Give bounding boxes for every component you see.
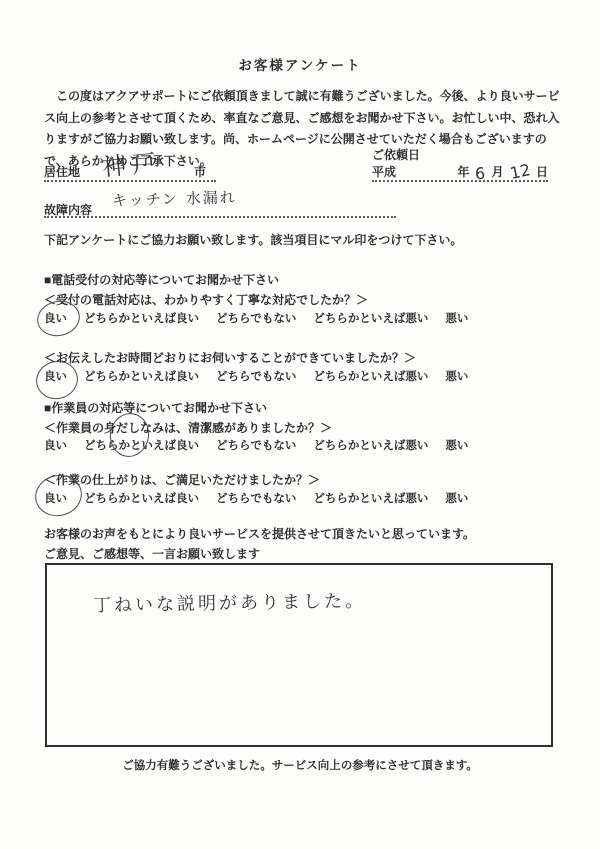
option-rather-bad: どちらかといえば悪い [313, 437, 428, 453]
request-date-field: ご依頼日 平成 年 6 月 12 日 [372, 164, 548, 182]
option-rather-bad: どちらかといえば悪い [313, 310, 428, 326]
scanned-survey-sheet: お客様アンケート この度はアクアサポートにご依頼頂きまして誠に有難うございました… [0, 0, 600, 849]
request-date-label: ご依頼日 平成 [372, 146, 431, 180]
residence-handwritten-value: 神戸 [101, 142, 164, 182]
option-rather-bad: どちらかといえば悪い [313, 490, 428, 506]
question-1-options: 良い どちらかといえば良い どちらでもない どちらかといえば悪い 悪い [44, 310, 468, 326]
option-rather-good: どちらかといえば良い [84, 368, 199, 384]
free-comment-box: 丁ねいな説明がありました。 [45, 563, 553, 747]
day-suffix: 日 [536, 163, 548, 180]
option-rather-good: どちらかといえば良い [84, 490, 199, 506]
month-handwritten-value: 6 [475, 164, 486, 184]
month-suffix: 月 [492, 163, 504, 180]
question-4-prompt: ＜作業の仕上がりは、ご満足いただけましたか？＞ [44, 471, 320, 488]
question-4-options: 良い どちらかといえば良い どちらでもない どちらかといえば悪い 悪い [44, 490, 468, 506]
option-neutral: どちらでもない [216, 490, 296, 506]
section-phone-heading: ■電話受付の対応等についてお聞かせ下さい [44, 271, 279, 288]
year-suffix: 年 [457, 163, 469, 180]
issue-handwritten-value: キッチン 水漏れ [112, 186, 237, 210]
question-2-prompt: ＜お伝えしたお時間どおりにお伺いすることができていましたか？＞ [44, 349, 416, 366]
page-title: お客様アンケート [0, 54, 600, 74]
option-bad: 悪い [445, 437, 468, 453]
option-neutral: どちらでもない [216, 437, 296, 453]
residence-field: 居住地 市 神戸 [44, 164, 216, 182]
question-2-options: 良い どちらかといえば良い どちらでもない どちらかといえば悪い 悪い [44, 368, 468, 384]
closing-line-2: ご意見、ご感想等、一言お願い致します [44, 545, 260, 562]
issue-label: 故障内容 [44, 203, 92, 217]
day-handwritten-value: 12 [508, 160, 532, 183]
question-3-prompt: ＜作業員の身だしなみは、清潔感がありましたか？＞ [44, 419, 332, 436]
section-staff-heading: ■作業員の対応等についてお聞かせ下さい [44, 399, 267, 416]
residence-suffix: 市 [194, 163, 206, 180]
option-bad: 悪い [445, 368, 468, 384]
closing-line-1: お客様のお声をもとにより良いサービスを提供させて頂きたいと思っています。 [44, 525, 475, 542]
option-rather-good: どちらかといえば良い [84, 310, 199, 326]
question-3-options: 良い どちらかといえば良い どちらでもない どちらかといえば悪い 悪い [44, 437, 468, 453]
survey-instruction: 下記アンケートにご協力お願い致します。該当項目にマル印をつけて下さい。 [44, 231, 462, 248]
option-bad: 悪い [445, 310, 468, 326]
question-1-prompt: ＜受付の電話対応は、わかりやすく丁寧な対応でしたか？＞ [44, 291, 368, 308]
option-good: 良い [44, 437, 67, 453]
residence-label: 居住地 [44, 163, 80, 180]
issue-field: 故障内容 キッチン 水漏れ [44, 201, 396, 218]
option-rather-bad: どちらかといえば悪い [313, 368, 428, 384]
comment-handwritten-text: 丁ねいな説明がありました。 [93, 587, 366, 618]
footer-thanks: ご協力有難うございました。サービス向上の参考にさせて頂きます。 [0, 757, 600, 773]
option-neutral: どちらでもない [216, 368, 296, 384]
option-bad: 悪い [445, 490, 468, 506]
option-neutral: どちらでもない [216, 310, 296, 326]
